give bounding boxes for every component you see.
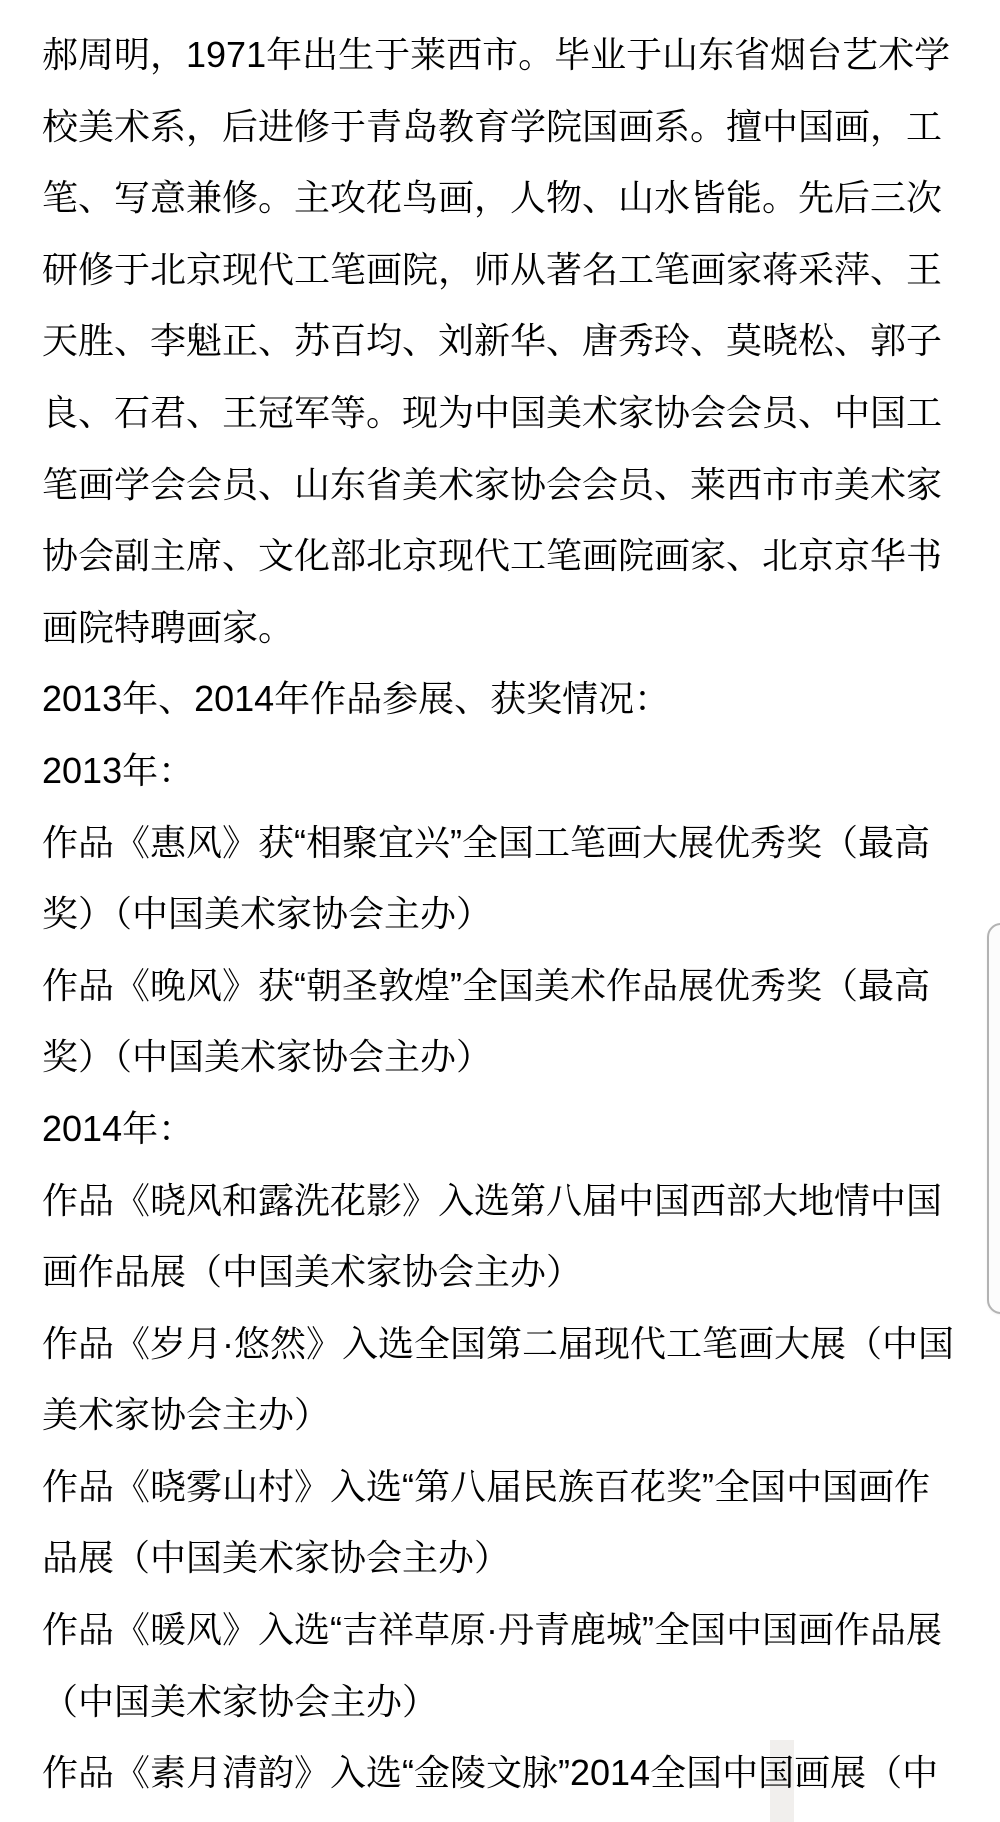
text-line: 笔画学会会员、山东省美术家协会会员、莱西市市美术家 (42, 449, 967, 521)
text-line: 2013年、2014年作品参展、获奖情况： (42, 663, 967, 735)
text-line: 作品《惠风》获“相聚宜兴”全国工笔画大展优秀奖（最高 (42, 807, 967, 879)
text-line: 协会副主席、文化部北京现代工笔画院画家、北京京华书 (42, 520, 967, 592)
text-line: 郝周明，1971年出生于莱西市。毕业于山东省烟台艺术学 (42, 19, 967, 91)
text-line: 笔、写意兼修。主攻花鸟画，人物、山水皆能。先后三次 (42, 162, 967, 234)
text-line: 奖）（中国美术家协会主办） (42, 878, 967, 950)
article-page: 郝周明，1971年出生于莱西市。毕业于山东省烟台艺术学校美术系，后进修于青岛教育… (0, 0, 1000, 1822)
text-line: 2014年： (42, 1093, 967, 1165)
text-line: 作品《晚风》获“朝圣敦煌”全国美术作品展优秀奖（最高 (42, 950, 967, 1022)
text-line: （中国美术家协会主办） (42, 1666, 967, 1738)
text-line: 研修于北京现代工笔画院，师从著名工笔画家蒋采萍、王 (42, 234, 967, 306)
text-line: 画作品展（中国美术家协会主办） (42, 1236, 967, 1308)
text-line: 美术家协会主办） (42, 1379, 967, 1451)
text-line: 画院特聘画家。 (42, 592, 967, 664)
text-line: 作品《素月清韵》入选“金陵文脉”2014全国中国画展（中 (42, 1737, 967, 1809)
text-line: 2013年： (42, 735, 967, 807)
text-line: 作品《暖风》入选“吉祥草原·丹青鹿城”全国中国画作品展 (42, 1594, 967, 1666)
text-line: 作品《晓雾山村》入选“第八届民族百花奖”全国中国画作 (42, 1451, 967, 1523)
text-line: 校美术系，后进修于青岛教育学院国画系。擅中国画，工 (42, 91, 967, 163)
text-line: 作品《岁月·悠然》入选全国第二届现代工笔画大展（中国 (42, 1308, 967, 1380)
text-line: 奖）（中国美术家协会主办） (42, 1021, 967, 1093)
text-line: 天胜、李魁正、苏百均、刘新华、唐秀玲、莫晓松、郭子 (42, 305, 967, 377)
text-line: 品展（中国美术家协会主办） (42, 1522, 967, 1594)
text-line: 作品《晓风和露洗花影》入选第八届中国西部大地情中国 (42, 1165, 967, 1237)
article-text-block: 郝周明，1971年出生于莱西市。毕业于山东省烟台艺术学校美术系，后进修于青岛教育… (42, 19, 967, 1809)
scrollbar-thumb[interactable] (987, 923, 1000, 1314)
text-line: 良、石君、王冠军等。现为中国美术家协会会员、中国工 (42, 377, 967, 449)
